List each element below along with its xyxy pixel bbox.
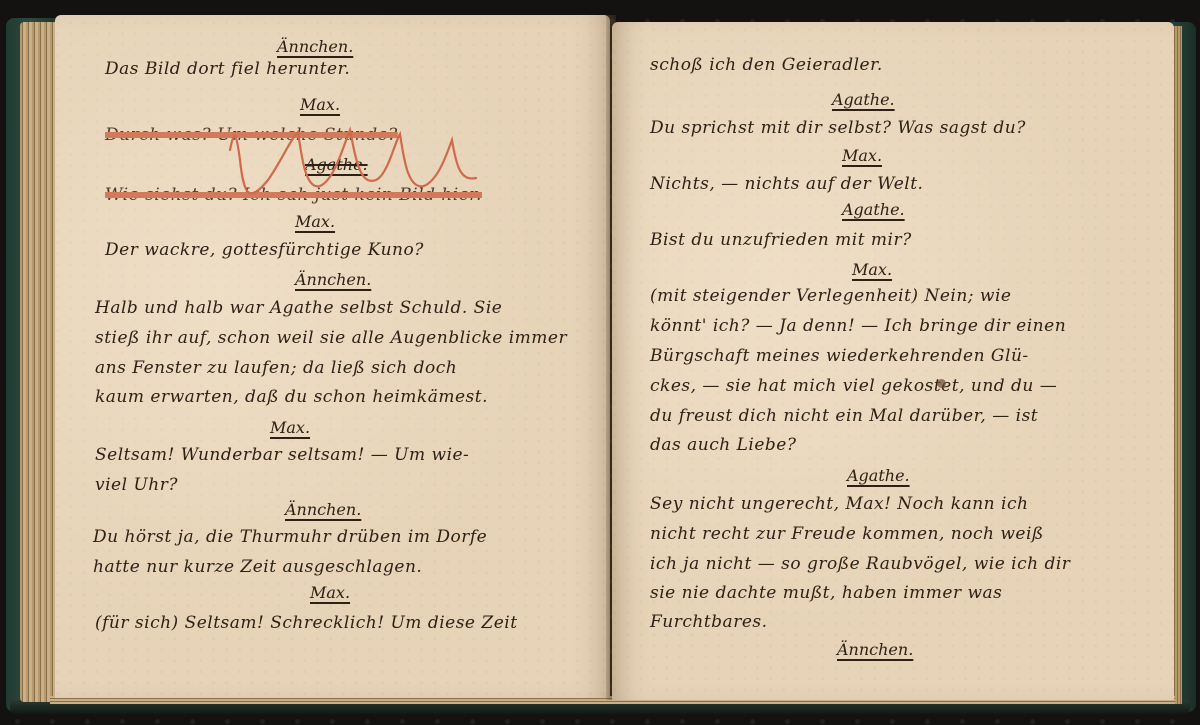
dialogue-line: nicht recht zur Freude kommen, noch weiß — [650, 524, 1044, 544]
speaker-label: Ännchen. — [277, 37, 353, 56]
ink-stain — [937, 379, 946, 388]
dialogue-line: (für sich) Seltsam! Schrecklich! Um dies… — [95, 613, 518, 633]
dialogue-line: das auch Liebe? — [650, 435, 796, 455]
dialogue-line: du freust dich nicht ein Mal darüber, — … — [650, 406, 1038, 426]
dialogue-line: ckes, — sie hat mich viel gekostet, und … — [650, 376, 1057, 396]
dialogue-line: stieß ihr auf, schon weil sie alle Augen… — [95, 328, 567, 348]
dialogue-line: viel Uhr? — [95, 475, 178, 495]
speaker-label: Max. — [852, 260, 892, 279]
dialogue-line: Bist du unzufrieden mit mir? — [650, 230, 912, 250]
red-crayon-deletion-mark — [210, 120, 510, 210]
dialogue-line: Das Bild dort fiel herunter. — [105, 59, 350, 79]
speaker-label: Ännchen. — [285, 500, 361, 519]
dialogue-line: Bürgschaft meines wiederkehrenden Glü- — [650, 346, 1029, 366]
dialogue-line: (mit steigender Verlegenheit) Nein; wie — [650, 286, 1011, 306]
speaker-label: Max. — [295, 212, 335, 231]
speaker-label: Max. — [300, 95, 340, 114]
page-stack-left — [20, 22, 60, 702]
dialogue-line: Seltsam! Wunderbar seltsam! — Um wie- — [95, 445, 469, 465]
dialogue-line: Sey nicht ungerecht, Max! Noch kann ich — [650, 494, 1028, 514]
dialogue-line: ich ja nicht — so große Raubvögel, wie i… — [650, 554, 1070, 574]
dialogue-line: Nichts, — nichts auf der Welt. — [650, 174, 923, 194]
speaker-label: Agathe. — [847, 466, 910, 485]
dialogue-line: Furchtbares. — [650, 612, 768, 632]
speaker-label: Max. — [842, 146, 882, 165]
dialogue-line: Du hörst ja, die Thurmuhr drüben im Dorf… — [93, 527, 487, 547]
dialogue-line: Der wackre, gottesfürchtige Kuno? — [105, 240, 424, 260]
speaker-label: Agathe. — [842, 200, 905, 219]
dialogue-line: sie nie dachte mußt, haben immer was — [650, 583, 1002, 603]
speaker-label: Max. — [270, 418, 310, 437]
right-page: schoß ich den Geieradler. Agathe. Du spr… — [612, 22, 1174, 700]
dialogue-line: hatte nur kurze Zeit ausgeschlagen. — [93, 557, 422, 577]
dialogue-line: ans Fenster zu laufen; da ließ sich doch — [95, 358, 457, 378]
dialogue-line: könnt' ich? — Ja denn! — Ich bringe dir … — [650, 316, 1066, 336]
dialogue-line: schoß ich den Geieradler. — [650, 55, 883, 75]
speaker-label: Ännchen. — [295, 270, 371, 289]
speaker-label: Ännchen. — [837, 640, 913, 659]
dialogue-line: Du sprichst mit dir selbst? Was sagst du… — [650, 118, 1026, 138]
speaker-label: Agathe. — [832, 90, 895, 109]
left-page: Ännchen. Das Bild dort fiel herunter. Ma… — [55, 15, 610, 698]
speaker-label: Max. — [310, 583, 350, 602]
dialogue-line: Halb und halb war Agathe selbst Schuld. … — [95, 298, 502, 318]
dialogue-line: kaum erwarten, daß du schon heimkämest. — [95, 387, 488, 407]
